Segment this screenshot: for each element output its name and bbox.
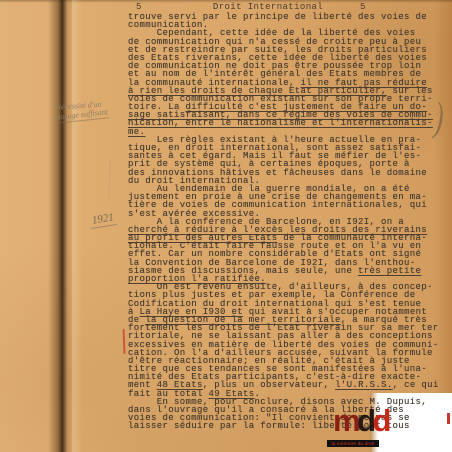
logo-letter-d1: d bbox=[357, 403, 372, 438]
red-pencil-edge-mark bbox=[447, 413, 450, 424]
page-number-left: 5 bbox=[136, 2, 142, 12]
logo-caption-text: la mémoire du droit bbox=[331, 441, 374, 446]
logo-caption-bar: la mémoire du droit bbox=[327, 440, 379, 447]
book-spine-shadow bbox=[48, 0, 74, 452]
mdd-logo-letters: mdd bbox=[333, 405, 388, 436]
typed-line: laisser séduire par la formule: liberté … bbox=[128, 422, 444, 430]
page-number-right: 5 bbox=[360, 2, 366, 12]
spine-highlight bbox=[72, 0, 82, 452]
logo-letter-d2: d bbox=[373, 403, 388, 438]
typed-line: nication, entre le nationalisme et l'int… bbox=[128, 119, 444, 127]
logo-letter-m: m bbox=[333, 403, 357, 438]
typed-lines: trouve servi par le principe de liberté … bbox=[128, 13, 444, 431]
page-title: Droit International bbox=[188, 2, 348, 12]
scanned-document-page: 5 Droit International 5 trouve servi par… bbox=[0, 0, 452, 452]
mdd-logo: mdd la mémoire du droit bbox=[327, 412, 379, 450]
